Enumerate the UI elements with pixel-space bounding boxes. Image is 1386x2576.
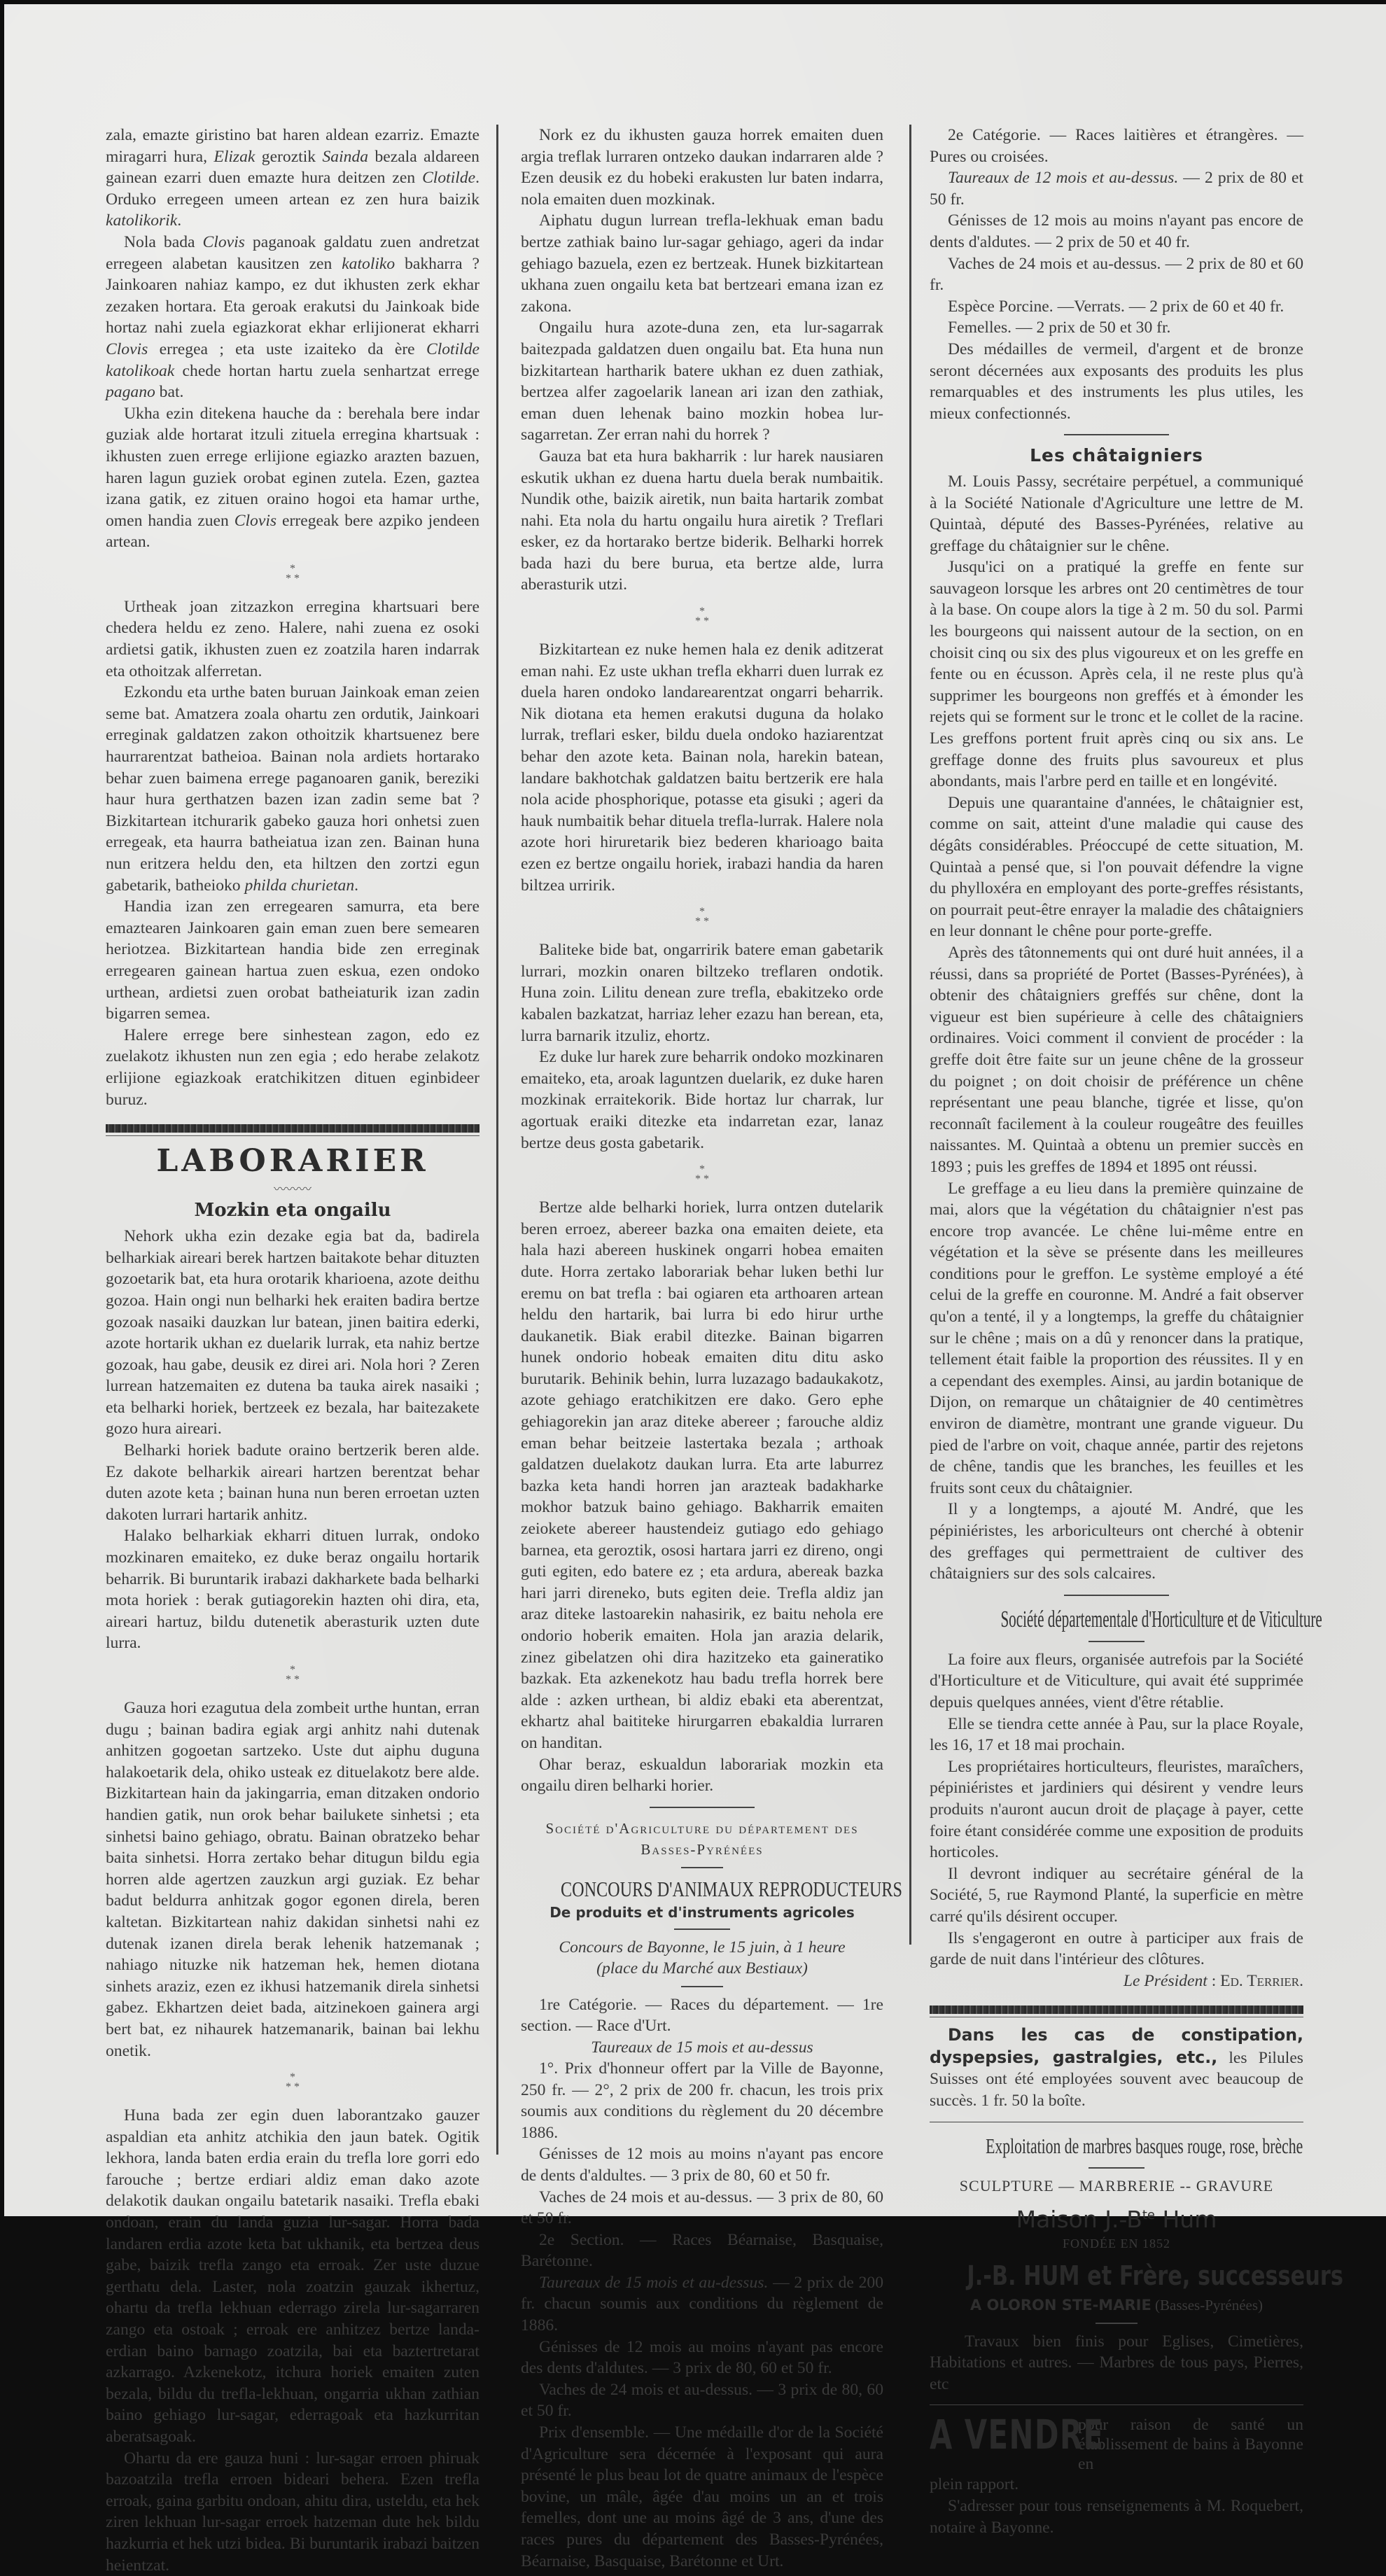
- asterism-divider: ** *: [106, 564, 479, 584]
- paragraph: Huna bada zer egin duen laborantzako gau…: [106, 2105, 479, 2216]
- paragraph: Aiphatu dugun lurrean trefla-lekhuak ema…: [521, 210, 883, 317]
- paragraph: Jusqu'ici on a pratiqué la greffe en fen…: [930, 556, 1303, 792]
- paragraph: 1°. Prix d'honneur offert par la Ville d…: [521, 2058, 883, 2143]
- paragraph: Vaches de 24 mois et au-dessus. — 3 prix…: [521, 2187, 883, 2217]
- paragraph: Nehork ukha ezin dezake egia bat da, bad…: [106, 1226, 479, 1440]
- paragraph: Bertze alde belharki horiek, lurra ontze…: [521, 1197, 883, 1753]
- ads-thin-rule: [930, 2017, 1303, 2017]
- paragraph: Taureaux de 12 mois et au-dessus. — 2 pr…: [930, 167, 1303, 210]
- society-heading: Société d'Agriculture du département des…: [521, 1818, 883, 1860]
- paragraph: Après des tâtonnements qui ont duré huit…: [930, 942, 1303, 1178]
- divider: [674, 1928, 730, 1930]
- asterism-divider: ** *: [521, 907, 883, 927]
- paragraph: Handia izan zen erregearen samurra, eta …: [106, 896, 479, 1025]
- newspaper-page: zala, emazte giristino bat haren aldean …: [4, 4, 1386, 2216]
- paragraph: La foire aux fleurs, organisée autrefois…: [930, 1649, 1303, 1714]
- paragraph: Urtheak joan zitzazkon erregina khartsua…: [106, 596, 479, 682]
- column-rule-left: [496, 125, 498, 2155]
- asterism-divider: ** *: [521, 607, 883, 626]
- paragraph: Il y a longtemps, a ajouté M. André, que…: [930, 1499, 1303, 1584]
- asterism-divider: ** *: [106, 1665, 479, 1685]
- section-thick-rule: [106, 1124, 479, 1133]
- subheading: Taureaux de 15 mois et au-dessus: [521, 2037, 883, 2058]
- ad-pills: Dans les cas de constipation, dyspepsies…: [930, 2024, 1303, 2111]
- section-title: LABORARIER: [106, 1143, 479, 1179]
- paragraph: Vaches de 24 mois et au-dessus. — 2 prix…: [930, 253, 1303, 296]
- divider: [650, 1807, 755, 1808]
- paragraph: Nork ez du ikhusten gauza horrek emaiten…: [521, 125, 883, 210]
- column-rule-right: [909, 125, 911, 1945]
- paragraph: Ez duke lur harek zure beharrik ondoko m…: [521, 1046, 883, 1154]
- signature: Le Président : Ed. Terrier.: [930, 1970, 1303, 1992]
- paragraph: Ongailu hura azote-duna zen, eta lur-sag…: [521, 317, 883, 446]
- column-2: Nork ez du ikhusten gauza horrek emaiten…: [521, 125, 883, 2216]
- paragraph: Nola bada Clovis paganoak galdatu zuen a…: [106, 232, 479, 403]
- paragraph: Bizkitartean ez nuke hemen hala ez denik…: [521, 639, 883, 896]
- paragraph: Le greffage a eu lieu dans la première q…: [930, 1178, 1303, 1499]
- divider: [1064, 434, 1169, 435]
- concours-place: Concours de Bayonne, le 15 juin, à 1 heu…: [521, 1937, 883, 1958]
- section-thin-rule: [106, 1135, 479, 1136]
- concours-place: (place du Marché aux Bestiaux): [521, 1958, 883, 1979]
- column-3: 2e Catégorie. — Races laitières et étran…: [930, 125, 1303, 2216]
- paragraph: Ezkondu eta urthe baten buruan Jainkoak …: [106, 682, 479, 896]
- paragraph: Les propriétaires horticulteurs, fleuris…: [930, 1756, 1303, 1863]
- paragraph: Gauza bat eta hura bakharrik : lur harek…: [521, 446, 883, 596]
- divider: [1088, 1641, 1144, 1642]
- paragraph: Depuis une quarantaine d'années, le chât…: [930, 792, 1303, 942]
- divider: [1064, 1595, 1169, 1596]
- paragraph: Belharki horiek badute oraino bertzerik …: [106, 1440, 479, 1525]
- concours-title: CONCOURS D'ANIMAUX REPRODUCTEURS: [561, 1875, 843, 1903]
- asterism-divider: ** *: [106, 2073, 479, 2092]
- paragraph: zala, emazte giristino bat haren aldean …: [106, 125, 479, 232]
- ad-divider: [930, 2122, 1303, 2122]
- article-title: Société départementale d'Horticulture et…: [1000, 1606, 1232, 1634]
- divider: [681, 1986, 723, 1987]
- divider: [1088, 2167, 1144, 2169]
- divider: [681, 1867, 723, 1868]
- ad-maison: Maison J.-Bte Hum: [930, 2201, 1303, 2216]
- paragraph: Génisses de 12 mois au moins n'ayant pas…: [521, 2143, 883, 2186]
- paragraph: Ohar beraz, eskualdun laborariak mozkin …: [521, 1754, 883, 1797]
- paragraph: Halako belharkiak ekharri dituen lurrak,…: [106, 1525, 479, 1654]
- asterism-divider: ** *: [521, 1165, 883, 1184]
- paragraph: Ukha ezin ditekena hauche da : berehala …: [106, 403, 479, 553]
- ad-marble-heading: Exploitation de marbres basques rouge, r…: [986, 2132, 1247, 2160]
- paragraph: M. Louis Passy, secrétaire perpétuel, a …: [930, 471, 1303, 556]
- concours-subtitle: De produits et d'instruments agricoles: [521, 1903, 883, 1921]
- paragraph: Gauza hori ezagutua dela zombeit urthe h…: [106, 1697, 479, 2061]
- ad-trades: SCULPTURE — MARBRERIE -- GRAVURE: [930, 2176, 1303, 2197]
- paragraph: Génisses de 12 mois au moins n'ayant pas…: [930, 210, 1303, 253]
- paragraph: 2e Catégorie. — Races laitières et étran…: [930, 125, 1303, 167]
- column-1: zala, emazte giristino bat haren aldean …: [106, 125, 479, 2216]
- paragraph: Des médailles de vermeil, d'argent et de…: [930, 339, 1303, 424]
- paragraph: Halere errege bere sinhestean zagon, edo…: [106, 1025, 479, 1110]
- article-title: Mozkin eta ongailu: [106, 1199, 479, 1221]
- article-title: Les châtaigniers: [930, 445, 1303, 467]
- paragraph: Espèce Porcine. —Verrats. — 2 prix de 60…: [930, 296, 1303, 318]
- paragraph: Elle se tiendra cette année à Pau, sur l…: [930, 1714, 1303, 1756]
- ads-thick-rule: [930, 2005, 1303, 2014]
- wave-ornament-icon: 〰〰〰: [106, 1184, 479, 1195]
- paragraph: Ils s'engageront en outre à participer a…: [930, 1928, 1303, 1970]
- paragraph: 1re Catégorie. — Races du département. —…: [521, 1994, 883, 2037]
- paragraph: Il devront indiquer au secrétaire généra…: [930, 1863, 1303, 1928]
- paragraph: Femelles. — 2 prix de 50 et 30 fr.: [930, 317, 1303, 339]
- paragraph: Baliteke bide bat, ongarririk batere ema…: [521, 939, 883, 1046]
